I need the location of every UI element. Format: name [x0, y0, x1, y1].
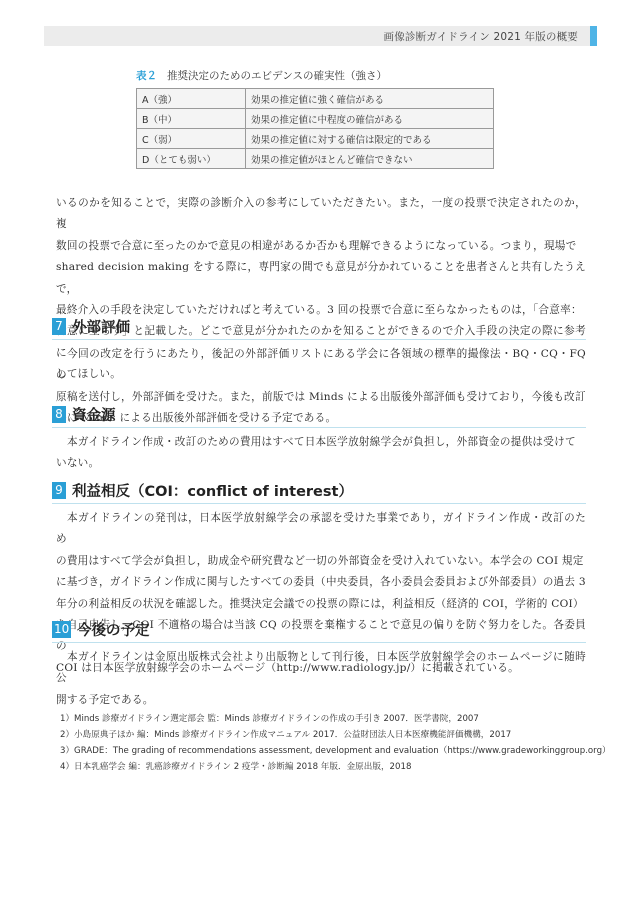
text-line: 本ガイドラインの発刊は，日本医学放射線学会の承認を受けた事業であり，ガイドライン…: [56, 508, 586, 551]
text-line: 本ガイドライン作成・改訂のための費用はすべて日本医学放射線学会が負担し，外部資金…: [56, 432, 586, 453]
text-line: 年分の利益相反の状況を確認した。推奨決定会議での投票の際には，利益相反（経済的 …: [56, 594, 586, 615]
section-10-body: 本ガイドラインは金原出版株式会社より出版物として刊行後，日本医学放射線学会のホー…: [56, 647, 586, 711]
section-title: 外部評価: [72, 316, 130, 337]
description-cell: 効果の推定値がほとんど確信できない: [246, 149, 494, 169]
section-heading-9: 9 利益相反（COI：conflict of interest）: [52, 481, 586, 504]
references-list: 1）Minds 診療ガイドライン選定部会 監：Minds 診療ガイドラインの作成…: [60, 711, 590, 775]
section-number-badge: 10: [52, 621, 71, 638]
table-title: 推奨決定のためのエビデンスの確実性（強さ）: [167, 70, 387, 82]
header-accent-bar: [590, 26, 597, 46]
table-number: 表２: [136, 70, 157, 82]
table-row: B（中） 効果の推定値に中程度の確信がある: [137, 109, 494, 129]
table-caption: 表２推奨決定のためのエビデンスの確実性（強さ）: [136, 68, 494, 83]
text-line: 開する予定である。: [56, 690, 586, 711]
text-line: 今回の改定を行うにあたり，後記の外部評価リストにある学会に各領域の標準的撮像法・…: [56, 344, 586, 387]
section-heading-8: 8 資金源: [52, 405, 586, 428]
section-8-body: 本ガイドライン作成・改訂のための費用はすべて日本医学放射線学会が負担し，外部資金…: [56, 432, 586, 475]
grade-cell: D（とても弱い）: [137, 149, 246, 169]
section-title: 今後の予定: [77, 619, 150, 640]
evidence-certainty-table-block: 表２推奨決定のためのエビデンスの確実性（強さ） A（強） 効果の推定値に強く確信…: [136, 68, 494, 169]
grade-cell: C（弱）: [137, 129, 246, 149]
text-line: 本ガイドラインは金原出版株式会社より出版物として刊行後，日本医学放射線学会のホー…: [56, 647, 586, 690]
section-title: 利益相反（COI：conflict of interest）: [72, 480, 353, 501]
running-header-title: 画像診断ガイドライン 2021 年版の概要: [384, 29, 578, 44]
text-line: shared decision making をする際に，専門家の間でも意見が分…: [56, 257, 586, 300]
text-line: いるのかを知ることで，実際の診断介入の参考にしていただきたい。また，一度の投票で…: [56, 193, 586, 236]
description-cell: 効果の推定値に中程度の確信がある: [246, 109, 494, 129]
evidence-certainty-table: A（強） 効果の推定値に強く確信がある B（中） 効果の推定値に中程度の確信があ…: [136, 88, 494, 169]
section-title: 資金源: [72, 404, 116, 425]
text-line: に基づき，ガイドライン作成に関与したすべての委員（中央委員，各小委員会委員および…: [56, 572, 586, 593]
reference-item: 2）小島原典子ほか 編：Minds 診療ガイドライン作成マニュアル 2017．公…: [60, 727, 590, 743]
section-heading-10: 10 今後の予定: [52, 620, 586, 643]
running-header: 画像診断ガイドライン 2021 年版の概要: [44, 26, 590, 46]
section-number-badge: 8: [52, 406, 66, 423]
section-number-badge: 7: [52, 318, 66, 335]
grade-cell: B（中）: [137, 109, 246, 129]
grade-cell: A（強）: [137, 89, 246, 109]
reference-item: 1）Minds 診療ガイドライン選定部会 監：Minds 診療ガイドラインの作成…: [60, 711, 590, 727]
table-row: C（弱） 効果の推定値に対する確信は限定的である: [137, 129, 494, 149]
text-line: いない。: [56, 453, 586, 474]
table-row: A（強） 効果の推定値に強く確信がある: [137, 89, 494, 109]
reference-item: 3）GRADE：The grading of recommendations a…: [60, 743, 590, 759]
text-line: の費用はすべて学会が負担し，助成金や研究費など一切の外部資金を受け入れていない。…: [56, 551, 586, 572]
reference-item: 4）日本乳癌学会 編：乳癌診療ガイドライン 2 疫学・診断編 2018 年版．金…: [60, 759, 590, 775]
description-cell: 効果の推定値に対する確信は限定的である: [246, 129, 494, 149]
table-row: D（とても弱い） 効果の推定値がほとんど確信できない: [137, 149, 494, 169]
section-number-badge: 9: [52, 482, 66, 499]
description-cell: 効果の推定値に強く確信がある: [246, 89, 494, 109]
section-heading-7: 7 外部評価: [52, 317, 586, 340]
text-line: 数回の投票で合意に至ったのかで意見の相違があるか否かも理解できるようになっている…: [56, 236, 586, 257]
